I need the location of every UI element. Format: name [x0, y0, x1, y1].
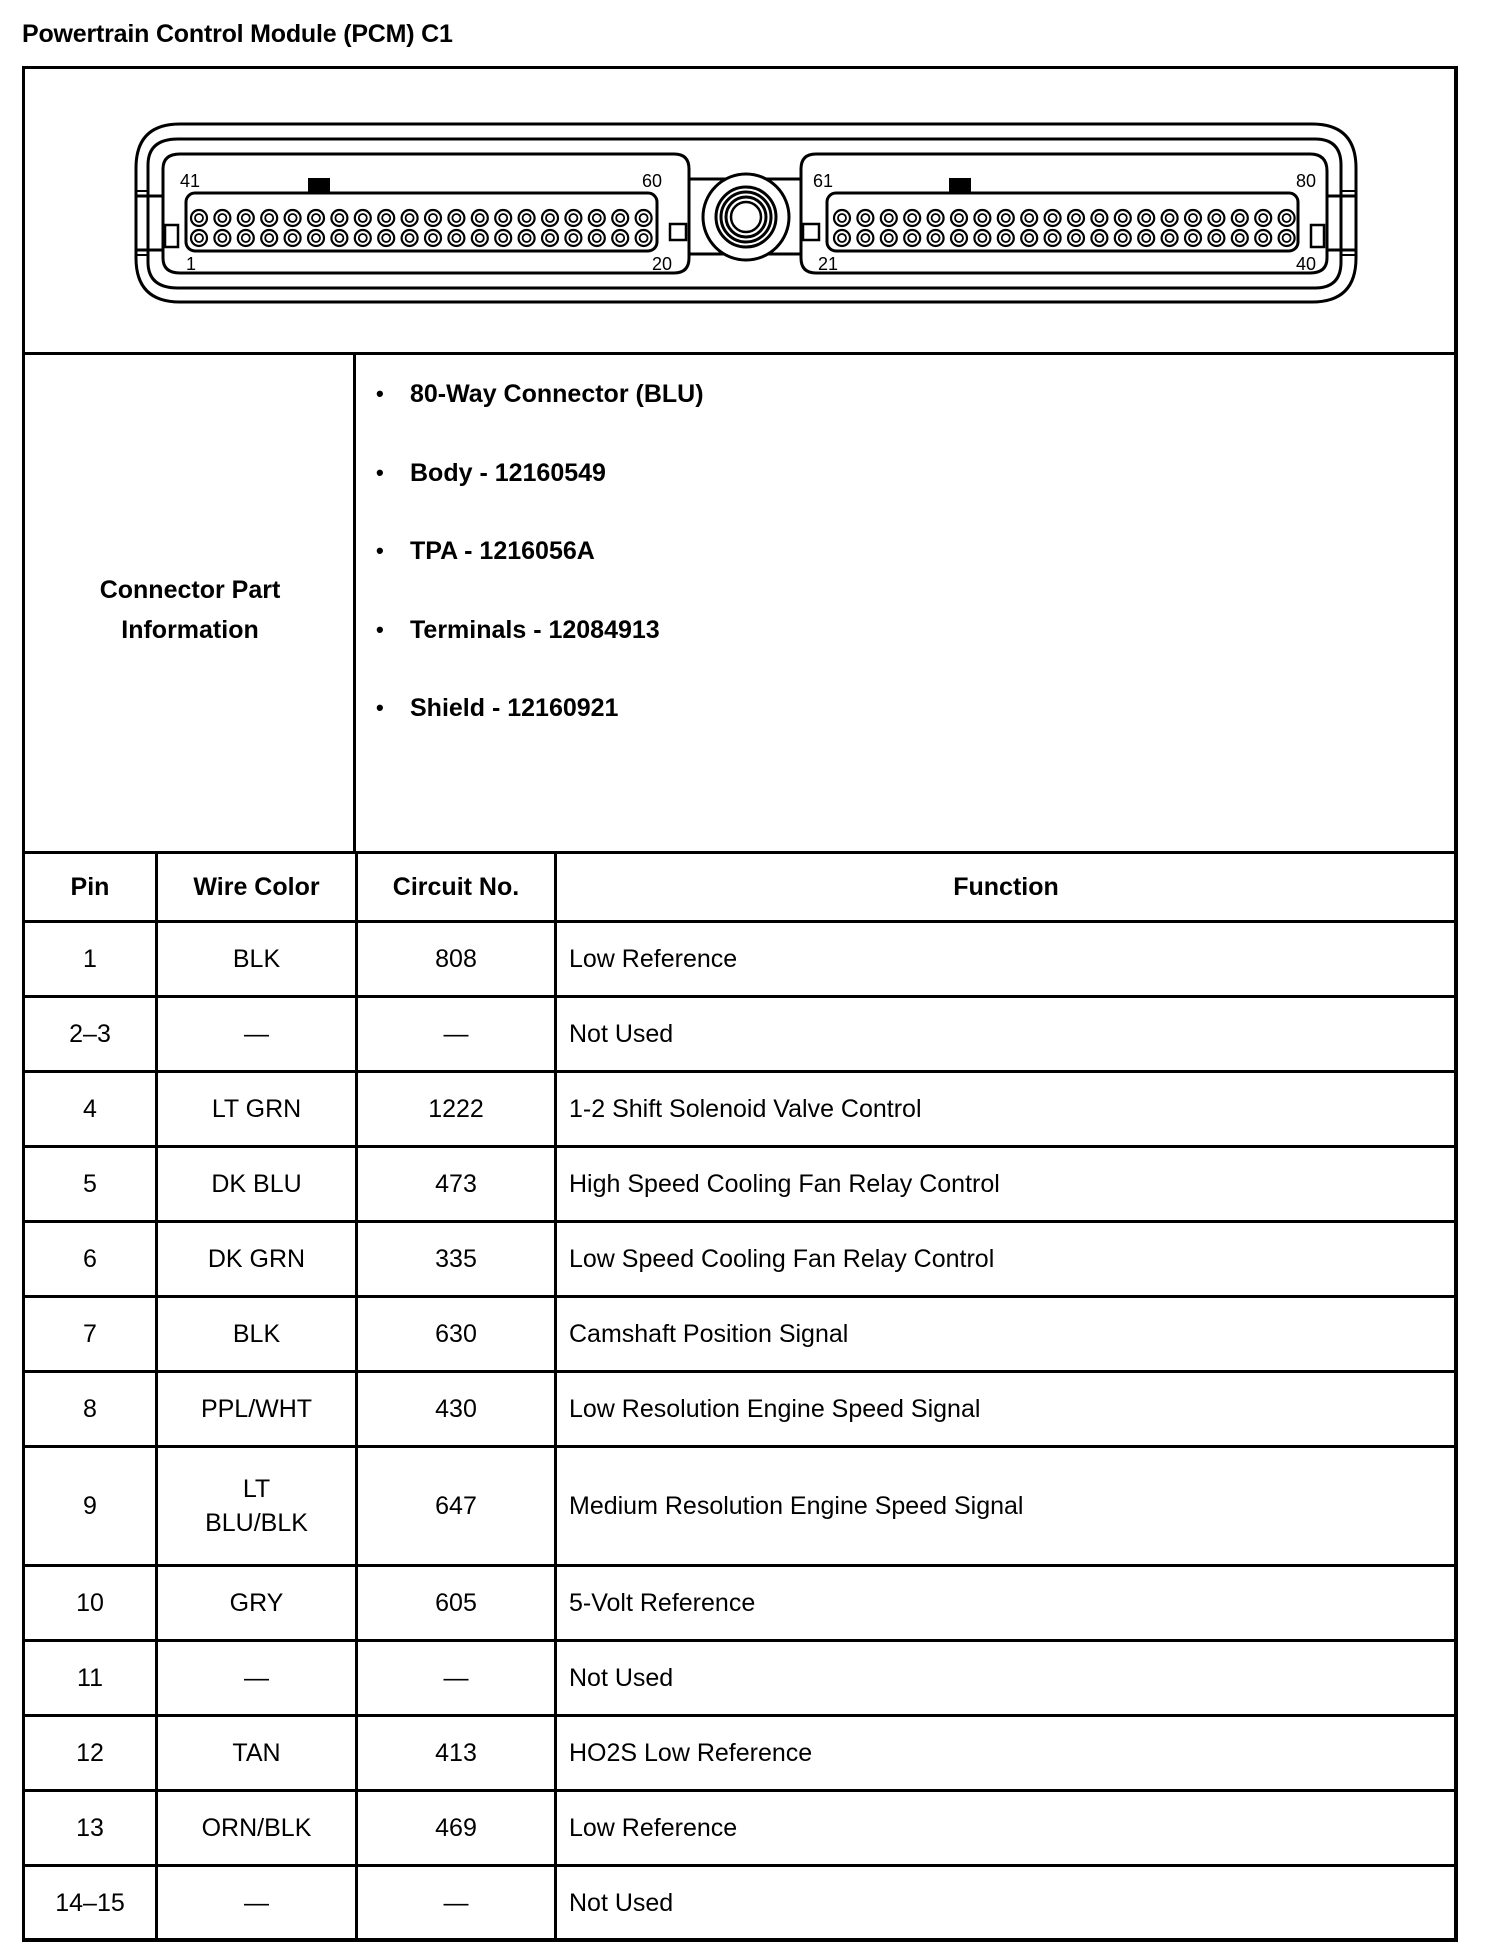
- cell-pin: 1: [24, 922, 157, 997]
- cell-wire-color: PPL/WHT: [157, 1372, 357, 1447]
- table-row: 2–3——Not Used: [24, 997, 1457, 1072]
- pin-label-40: 40: [1296, 254, 1316, 274]
- cell-circuit-no: 630: [357, 1297, 556, 1372]
- cell-circuit-no: —: [357, 1866, 556, 1941]
- connector-part-info-label: Connector Part Information: [25, 570, 355, 650]
- pin-label-21: 21: [818, 254, 838, 274]
- cell-circuit-no: —: [357, 997, 556, 1072]
- bullet-icon: •: [376, 455, 384, 491]
- cell-pin: 5: [24, 1147, 157, 1222]
- cell-function: Medium Resolution Engine Speed Signal: [556, 1447, 1457, 1566]
- table-row: 12TAN413HO2S Low Reference: [24, 1716, 1457, 1791]
- part-info-item: •Body - 12160549: [368, 455, 704, 534]
- cell-circuit-no: 413: [357, 1716, 556, 1791]
- part-info-item: •Terminals - 12084913: [368, 612, 704, 691]
- cell-pin: 11: [24, 1641, 157, 1716]
- table-row: 4LT GRN12221-2 Shift Solenoid Valve Cont…: [24, 1072, 1457, 1147]
- header-wire-color: Wire Color: [157, 853, 357, 922]
- table-row: 8PPL/WHT430Low Resolution Engine Speed S…: [24, 1372, 1457, 1447]
- bullet-icon: •: [376, 533, 384, 569]
- bullet-icon: •: [376, 690, 384, 726]
- table-row: 10GRY6055-Volt Reference: [24, 1566, 1457, 1641]
- pinout-table: Pin Wire Color Circuit No. Function 1BLK…: [22, 851, 1458, 1942]
- cell-function: Low Resolution Engine Speed Signal: [556, 1372, 1457, 1447]
- pin-label-1: 1: [186, 254, 196, 274]
- connector-part-list: •80-Way Connector (BLU)•Body - 12160549•…: [368, 376, 704, 769]
- cell-circuit-no: 808: [357, 922, 556, 997]
- cell-pin: 7: [24, 1297, 157, 1372]
- cell-circuit-no: 1222: [357, 1072, 556, 1147]
- cell-wire-color: BLK: [157, 1297, 357, 1372]
- cell-wire-color: GRY: [157, 1566, 357, 1641]
- cell-pin: 2–3: [24, 997, 157, 1072]
- part-info-text: Shield - 12160921: [410, 694, 618, 722]
- cell-wire-color: —: [157, 1866, 357, 1941]
- cell-pin: 8: [24, 1372, 157, 1447]
- table-row: 13ORN/BLK469Low Reference: [24, 1791, 1457, 1866]
- cell-function: Camshaft Position Signal: [556, 1297, 1457, 1372]
- table-row: 6DK GRN335Low Speed Cooling Fan Relay Co…: [24, 1222, 1457, 1297]
- cell-circuit-no: 335: [357, 1222, 556, 1297]
- cell-circuit-no: 469: [357, 1791, 556, 1866]
- cell-wire-color: DK GRN: [157, 1222, 357, 1297]
- part-info-item: •Shield - 12160921: [368, 690, 704, 769]
- wire-color-line2: BLU/BLK: [158, 1506, 355, 1540]
- part-info-label-line1: Connector Part: [25, 570, 355, 610]
- cell-circuit-no: 473: [357, 1147, 556, 1222]
- part-info-text: TPA - 1216056A: [410, 537, 595, 565]
- cell-pin: 4: [24, 1072, 157, 1147]
- part-info-item: •80-Way Connector (BLU): [368, 376, 704, 455]
- part-info-text: 80-Way Connector (BLU): [410, 380, 704, 408]
- cell-function: Not Used: [556, 1641, 1457, 1716]
- cell-circuit-no: 647: [357, 1447, 556, 1566]
- cell-function: Low Reference: [556, 922, 1457, 997]
- cell-wire-color: DK BLU: [157, 1147, 357, 1222]
- part-info-text: Terminals - 12084913: [410, 616, 660, 644]
- pin-label-61: 61: [813, 171, 833, 191]
- bullet-icon: •: [376, 612, 384, 648]
- cell-pin: 13: [24, 1791, 157, 1866]
- header-circuit-no: Circuit No.: [357, 853, 556, 922]
- cell-circuit-no: —: [357, 1641, 556, 1716]
- cell-function: Not Used: [556, 997, 1457, 1072]
- bullet-icon: •: [376, 376, 384, 412]
- cell-pin: 12: [24, 1716, 157, 1791]
- pin-label-41: 41: [180, 171, 200, 191]
- cell-wire-color: —: [157, 1641, 357, 1716]
- cell-pin: 10: [24, 1566, 157, 1641]
- part-info-item: •TPA - 1216056A: [368, 533, 704, 612]
- cell-circuit-no: 605: [357, 1566, 556, 1641]
- cell-wire-color: LT GRN: [157, 1072, 357, 1147]
- table-row: 1BLK808Low Reference: [24, 922, 1457, 997]
- cell-wire-color: TAN: [157, 1716, 357, 1791]
- pin-label-60: 60: [642, 171, 662, 191]
- cell-function: HO2S Low Reference: [556, 1716, 1457, 1791]
- header-pin: Pin: [24, 853, 157, 922]
- cell-pin: 14–15: [24, 1866, 157, 1941]
- cell-wire-color: BLK: [157, 922, 357, 997]
- part-info-label-line2: Information: [25, 610, 355, 650]
- pin-label-20: 20: [652, 254, 672, 274]
- table-row: 14–15——Not Used: [24, 1866, 1457, 1941]
- table-row: 11——Not Used: [24, 1641, 1457, 1716]
- header-function: Function: [556, 853, 1457, 922]
- cell-function: 1-2 Shift Solenoid Valve Control: [556, 1072, 1457, 1147]
- cell-wire-color: —: [157, 997, 357, 1072]
- cell-function: 5-Volt Reference: [556, 1566, 1457, 1641]
- cell-pin: 6: [24, 1222, 157, 1297]
- part-info-text: Body - 12160549: [410, 459, 606, 487]
- cell-circuit-no: 430: [357, 1372, 556, 1447]
- cell-wire-color: ORN/BLK: [157, 1791, 357, 1866]
- table-row: 7BLK630Camshaft Position Signal: [24, 1297, 1457, 1372]
- cell-pin: 9: [24, 1447, 157, 1566]
- wire-color-line1: LT: [158, 1472, 355, 1506]
- table-row: 5DK BLU473High Speed Cooling Fan Relay C…: [24, 1147, 1457, 1222]
- pin-label-80: 80: [1296, 171, 1316, 191]
- table-row: 9LTBLU/BLK647Medium Resolution Engine Sp…: [24, 1447, 1457, 1566]
- cell-function: High Speed Cooling Fan Relay Control: [556, 1147, 1457, 1222]
- diagram-separator: [22, 352, 1458, 355]
- table-header-row: Pin Wire Color Circuit No. Function: [24, 853, 1457, 922]
- cell-function: Not Used: [556, 1866, 1457, 1941]
- cell-function: Low Speed Cooling Fan Relay Control: [556, 1222, 1457, 1297]
- cell-wire-color: LTBLU/BLK: [157, 1447, 357, 1566]
- cell-function: Low Reference: [556, 1791, 1457, 1866]
- connector-diagram: 41 60 1 20 61 80 21 40: [0, 0, 1504, 360]
